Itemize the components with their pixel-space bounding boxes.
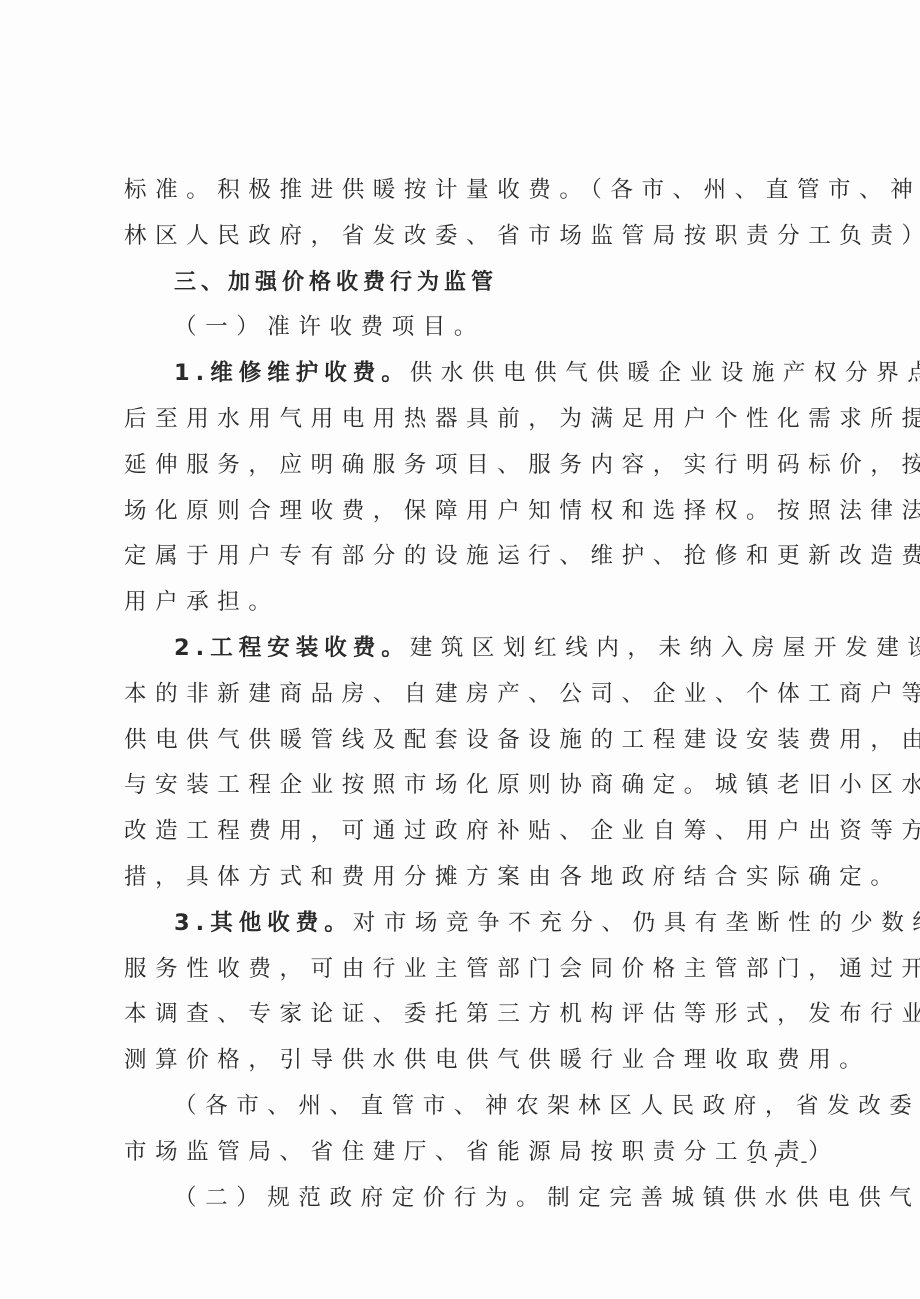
body-text: 建筑区划红线内，未纳入房屋开发建设成 [410, 635, 920, 661]
section-heading: 三、加强价格收费行为监管 [124, 260, 804, 306]
body-line: 改造工程费用，可通过政府补贴、企业自筹、用户出资等方式筹 [124, 809, 804, 855]
body-line: 用户承担。 [124, 580, 804, 626]
body-line: 本调查、专家论证、委托第三方机构评估等形式，发布行业服务 [124, 992, 804, 1038]
responsibility-note: （各市、州、直管市、神农架林区人民政府，省发改委、省 [124, 1084, 804, 1130]
body-line: 定属于用户专有部分的设施运行、维护、抢修和更新改造费用由 [124, 534, 804, 580]
body-text: 供水供电供气供暖企业设施产权分界点以 [410, 360, 920, 386]
item-title: 3.其他收费。 [174, 910, 353, 936]
paragraph-start: 1.维修维护收费。供水供电供气供暖企业设施产权分界点以 [124, 351, 804, 397]
body-line: 场化原则合理收费，保障用户知情权和选择权。按照法律法规规 [124, 489, 804, 535]
body-line: 服务性收费，可由行业主管部门会同价格主管部门，通过开展成 [124, 947, 804, 993]
body-line: 标准。积极推进供暖按计量收费。（各市、州、直管市、神农架 [124, 168, 804, 214]
subsection-heading: （二）规范政府定价行为。制定完善城镇供水供电供气成本 [124, 1176, 804, 1222]
page-number: - 7 - [750, 1150, 813, 1173]
body-line: 测算价格，引导供水供电供气供暖行业合理收取费用。 [124, 1038, 804, 1084]
body-line: 林区人民政府，省发改委、省市场监管局按职责分工负责） [124, 214, 804, 260]
paragraph-start: 3.其他收费。对市场竞争不充分、仍具有垄断性的少数经营 [124, 901, 804, 947]
item-title: 2.工程安装收费。 [174, 635, 410, 661]
subsection-heading: （一）准许收费项目。 [124, 305, 804, 351]
paragraph-start: 2.工程安装收费。建筑区划红线内，未纳入房屋开发建设成 [124, 626, 804, 672]
item-title: 1.维修维护收费。 [174, 360, 410, 386]
document-page: 标准。积极推进供暖按计量收费。（各市、州、直管市、神农架 林区人民政府，省发改委… [124, 168, 804, 1221]
body-line: 后至用水用气用电用热器具前，为满足用户个性化需求所提供的 [124, 397, 804, 443]
body-line: 措，具体方式和费用分摊方案由各地政府结合实际确定。 [124, 855, 804, 901]
body-text: 对市场竞争不充分、仍具有垄断性的少数经营 [353, 910, 920, 936]
body-line: 本的非新建商品房、自建房产、公司、企业、个体工商户等供水 [124, 672, 804, 718]
body-line: 供电供气供暖管线及配套设备设施的工程建设安装费用，由用户 [124, 718, 804, 764]
body-line: 市场监管局、省住建厅、省能源局按职责分工负责） [124, 1130, 804, 1176]
body-line: 与安装工程企业按照市场化原则协商确定。城镇老旧小区水电气 [124, 763, 804, 809]
body-line: 延伸服务，应明确服务项目、服务内容，实行明码标价，按照市 [124, 443, 804, 489]
